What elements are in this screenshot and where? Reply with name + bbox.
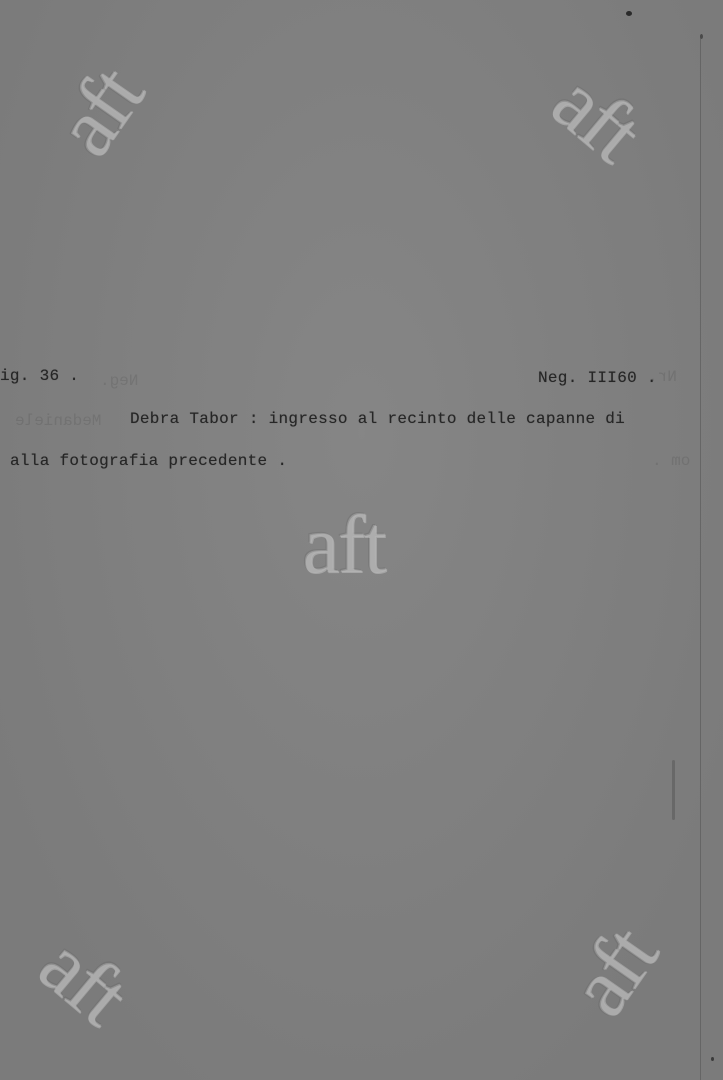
watermark-logo: aft (25, 921, 142, 1038)
watermark-logo: aft (302, 503, 385, 587)
scanned-document-page: Neg. Medaniele Nr. om . aft aft aft aft … (0, 0, 723, 1080)
caption-line-1: Debra Tabor : ingresso al recinto delle … (130, 410, 625, 428)
show-through-text: Neg. (100, 372, 138, 390)
scratch-mark (672, 760, 675, 820)
paper-edge-line (700, 35, 701, 1080)
figure-number: ig. 36 . (0, 367, 79, 385)
ink-speck (700, 34, 703, 39)
watermark-logo: aft (555, 914, 671, 1030)
ink-speck (711, 1057, 714, 1061)
show-through-text: Medaniele (15, 412, 101, 430)
negative-number: Neg. III60 . (538, 369, 657, 387)
caption-line-2: alla fotografia precedente . (10, 452, 287, 470)
show-through-text: om . (652, 452, 690, 470)
watermark-logo: aft (538, 58, 655, 175)
watermark-logo: aft (41, 54, 157, 170)
ink-speck (626, 11, 632, 16)
